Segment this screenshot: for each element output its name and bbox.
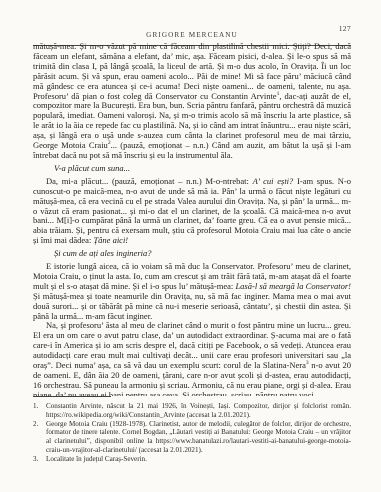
text-run: I-am spus. N-o cunoscut-o pe maică-mea, …	[33, 176, 351, 245]
footnote-block: 1.Constantin Arvinte, născut la 21 mai 1…	[33, 396, 351, 464]
interview-question: Și cum de ați ales ingineria?	[33, 249, 351, 259]
footnote-number: 3.	[33, 455, 46, 464]
footnote-text: Constantin Arvinte, născut la 21 mai 192…	[46, 402, 351, 420]
footnote-text: Localitate în județul Caraș-Severin.	[46, 455, 351, 464]
footnote-number: 2.	[33, 420, 46, 455]
footnote-list: 1.Constantin Arvinte, născut la 21 mai 1…	[33, 402, 351, 464]
footnote-number: 1.	[33, 402, 46, 420]
footnote: 3.Localitate în județul Caraș-Severin.	[33, 455, 351, 464]
body-paragraph: Da, mi-a plăcut... (pauză, emoționat – n…	[33, 177, 351, 246]
footnote: 1.Constantin Arvinte, născut la 21 mai 1…	[33, 402, 351, 420]
body-paragraph: E istorie lungă aicea, că io voiam să mă…	[33, 262, 351, 321]
body-text: mătușă-mea. Și m-o văzut pă mine că făce…	[33, 42, 351, 396]
interview-question: V-a plăcut cum suna...	[33, 164, 351, 174]
footnote-separator-rule	[33, 396, 111, 397]
document-page: GRIGORE MERCEANU 127 mătușă-mea. Și m-o …	[0, 0, 381, 492]
emphasized-text: Țâne aici!	[93, 235, 128, 245]
text-run: V-a plăcut cum suna...	[54, 163, 130, 173]
text-run: Na, și profesoru’ ăsta al meu de clarine…	[33, 320, 351, 370]
footnote: 2.George Motoia Craiu (1928-1978). Clari…	[33, 420, 351, 455]
page-number: 127	[339, 24, 351, 33]
body-paragraph: Na, și profesoru’ ăsta al meu de clarine…	[33, 321, 351, 396]
text-run: Da, mi-a plăcut... (pauză, emoționat – n…	[46, 176, 253, 186]
running-title: GRIGORE MERCEANU	[146, 31, 238, 39]
body-paragraph: mătușă-mea. Și m-o văzut pă mine că făce…	[33, 42, 351, 161]
text-run: Și mătușă-mea și toate neamurile din Ora…	[33, 291, 351, 321]
emphasized-text: Lasă-l să meargă la Conservator!	[235, 281, 351, 291]
emphasized-text: A’ cui ești?	[253, 176, 294, 186]
footnote-text: George Motoia Craiu (1928-1978). Clarine…	[46, 420, 351, 455]
text-run: Și cum de ați ales ingineria?	[54, 248, 152, 258]
